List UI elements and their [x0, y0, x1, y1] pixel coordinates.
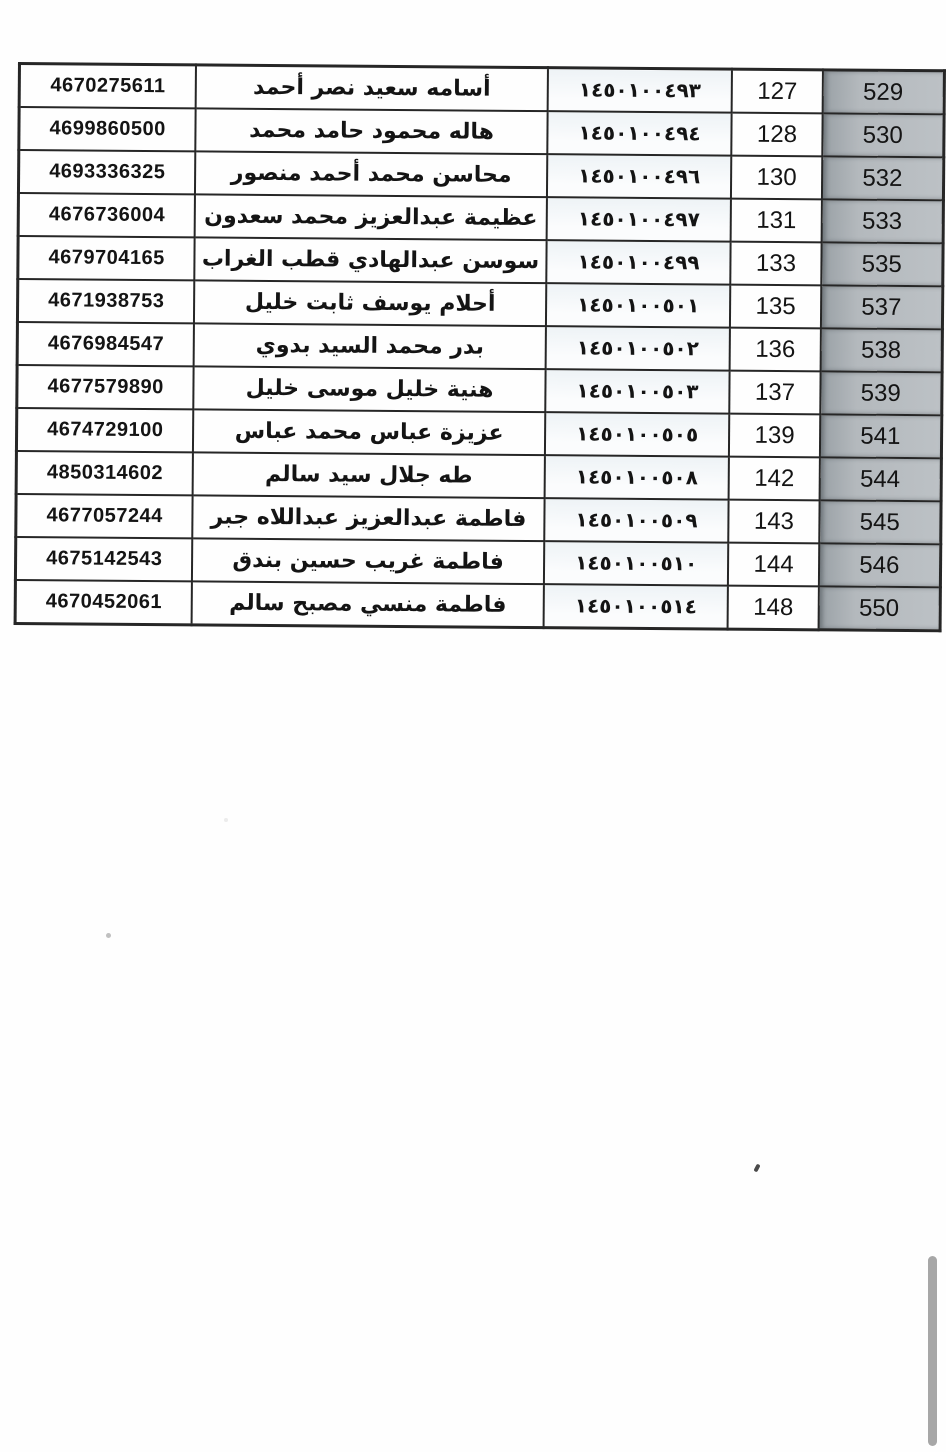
student-name-cell: هنية خليل موسى خليل [194, 366, 546, 412]
seat-number-arabic-cell: ١٤٥٠١٠٠٥٠٩ [544, 498, 729, 542]
table-row: 4850314602طه جلال سيد سالم١٤٥٠١٠٠٥٠٨1425… [16, 451, 941, 501]
page-serial-cell: 539 [820, 371, 942, 415]
student-name-cell: فاطمة غريب حسين بندق [192, 538, 544, 584]
table-body: 4670275611أسامه سعيد نصر أحمد١٤٥٠١٠٠٤٩٣1… [15, 64, 944, 631]
student-name-cell: عظيمة عبدالعزيز محمد سعدون [195, 194, 547, 240]
page-serial-cell: 550 [818, 586, 940, 630]
student-name-cell: هاله محمود حامد محمد [196, 108, 548, 154]
student-name-cell: فاطمة عبدالعزيز عبداللاه جبر [193, 495, 545, 541]
table-row: 4675142543فاطمة غريب حسين بندق١٤٥٠١٠٠٥١٠… [15, 537, 940, 587]
serial-number-cell: 133 [731, 242, 821, 286]
national-id-cell: 4677057244 [16, 494, 193, 538]
seat-number-arabic-cell: ١٤٥٠١٠٠٤٩٤ [547, 111, 732, 155]
page-serial-cell: 541 [819, 414, 941, 458]
page-serial-cell: 529 [822, 70, 944, 114]
national-id-cell: 4677579890 [17, 365, 194, 409]
scan-speck [753, 1164, 760, 1173]
page-serial-cell: 537 [821, 285, 943, 329]
scanned-document-page: 4670275611أسامه سعيد نصر أحمد١٤٥٠١٠٠٤٩٣1… [0, 0, 946, 1452]
national-id-cell: 4671938753 [17, 279, 194, 323]
student-name-cell: طه جلال سيد سالم [193, 452, 545, 498]
national-id-cell: 4674729100 [16, 408, 193, 452]
seat-number-arabic-cell: ١٤٥٠١٠٠٥٠٣ [545, 369, 730, 413]
seat-number-arabic-cell: ١٤٥٠١٠٠٤٩٩ [546, 240, 731, 284]
national-id-cell: 4675142543 [15, 537, 192, 581]
student-name-cell: بدر محمد السيد بدوي [194, 323, 546, 369]
serial-number-cell: 142 [729, 457, 819, 501]
student-name-cell: سوسن عبدالهادي قطب الغراب [195, 237, 547, 283]
serial-number-cell: 128 [732, 113, 822, 157]
table-row: 4670452061فاطمة منسي مصبح سالم١٤٥٠١٠٠٥١٤… [15, 580, 940, 631]
serial-number-cell: 130 [731, 156, 821, 200]
seat-number-arabic-cell: ١٤٥٠١٠٠٤٩٧ [546, 197, 731, 241]
serial-number-cell: 148 [728, 586, 818, 630]
table-row: 4671938753أحلام يوسف ثابت خليل١٤٥٠١٠٠٥٠١… [17, 279, 942, 329]
table-row: 4676736004عظيمة عبدالعزيز محمد سعدون١٤٥٠… [18, 193, 943, 243]
seat-number-arabic-cell: ١٤٥٠١٠٠٥٠٥ [545, 412, 730, 456]
exam-roster-table: 4670275611أسامه سعيد نصر أحمد١٤٥٠١٠٠٤٩٣1… [14, 62, 946, 632]
seat-number-arabic-cell: ١٤٥٠١٠٠٥٠٨ [544, 455, 729, 499]
table-row: 4676984547بدر محمد السيد بدوي١٤٥٠١٠٠٥٠٢1… [17, 322, 942, 372]
seat-number-arabic-cell: ١٤٥٠١٠٠٥١٤ [543, 584, 728, 629]
scan-speck [224, 818, 228, 822]
page-serial-cell: 533 [821, 199, 943, 243]
table-row: 4674729100عزيزة عباس محمد عباس١٤٥٠١٠٠٥٠٥… [16, 408, 941, 458]
table-row: 4677057244فاطمة عبدالعزيز عبداللاه جبر١٤… [16, 494, 941, 544]
student-name-cell: أحلام يوسف ثابت خليل [194, 280, 546, 326]
serial-number-cell: 137 [730, 371, 820, 415]
national-id-cell: 4699860500 [19, 107, 196, 151]
serial-number-cell: 127 [732, 69, 822, 113]
page-serial-cell: 530 [822, 113, 944, 157]
serial-number-cell: 136 [730, 328, 820, 372]
page-serial-cell: 546 [818, 543, 940, 587]
national-id-cell: 4693336325 [18, 150, 195, 194]
roster-table-wrap: 4670275611أسامه سعيد نصر أحمد١٤٥٠١٠٠٤٩٣1… [14, 62, 946, 632]
page-serial-cell: 545 [819, 500, 941, 544]
serial-number-cell: 139 [729, 414, 819, 458]
scrollbar-thumb[interactable] [928, 1256, 937, 1446]
seat-number-arabic-cell: ١٤٥٠١٠٠٤٩٣ [547, 68, 732, 113]
serial-number-cell: 135 [730, 285, 820, 329]
national-id-cell: 4670275611 [19, 64, 196, 109]
table-row: 4677579890هنية خليل موسى خليل١٤٥٠١٠٠٥٠٣1… [17, 365, 942, 415]
page-serial-cell: 538 [820, 328, 942, 372]
seat-number-arabic-cell: ١٤٥٠١٠٠٥٠١ [546, 283, 731, 327]
national-id-cell: 4850314602 [16, 451, 193, 495]
national-id-cell: 4676736004 [18, 193, 195, 237]
student-name-cell: عزيزة عباس محمد عباس [193, 409, 545, 455]
seat-number-arabic-cell: ١٤٥٠١٠٠٥٠٢ [545, 326, 730, 370]
seat-number-arabic-cell: ١٤٥٠١٠٠٤٩٦ [547, 154, 732, 198]
student-name-cell: محاسن محمد أحمد منصور [195, 151, 547, 197]
serial-number-cell: 131 [731, 199, 821, 243]
table-row: 4670275611أسامه سعيد نصر أحمد١٤٥٠١٠٠٤٩٣1… [19, 64, 944, 115]
national-id-cell: 4679704165 [18, 236, 195, 280]
serial-number-cell: 144 [728, 543, 818, 587]
serial-number-cell: 143 [729, 500, 819, 544]
table-row: 4693336325محاسن محمد أحمد منصور١٤٥٠١٠٠٤٩… [18, 150, 943, 200]
national-id-cell: 4676984547 [17, 322, 194, 366]
table-row: 4679704165سوسن عبدالهادي قطب الغراب١٤٥٠١… [18, 236, 943, 286]
student-name-cell: أسامه سعيد نصر أحمد [196, 65, 548, 111]
page-serial-cell: 535 [821, 242, 943, 286]
student-name-cell: فاطمة منسي مصبح سالم [192, 581, 544, 627]
page-serial-cell: 532 [822, 156, 944, 200]
seat-number-arabic-cell: ١٤٥٠١٠٠٥١٠ [544, 541, 729, 585]
scan-speck [106, 933, 111, 938]
national-id-cell: 4670452061 [15, 580, 192, 625]
page-serial-cell: 544 [819, 457, 941, 501]
table-row: 4699860500هاله محمود حامد محمد١٤٥٠١٠٠٤٩٤… [19, 107, 944, 157]
